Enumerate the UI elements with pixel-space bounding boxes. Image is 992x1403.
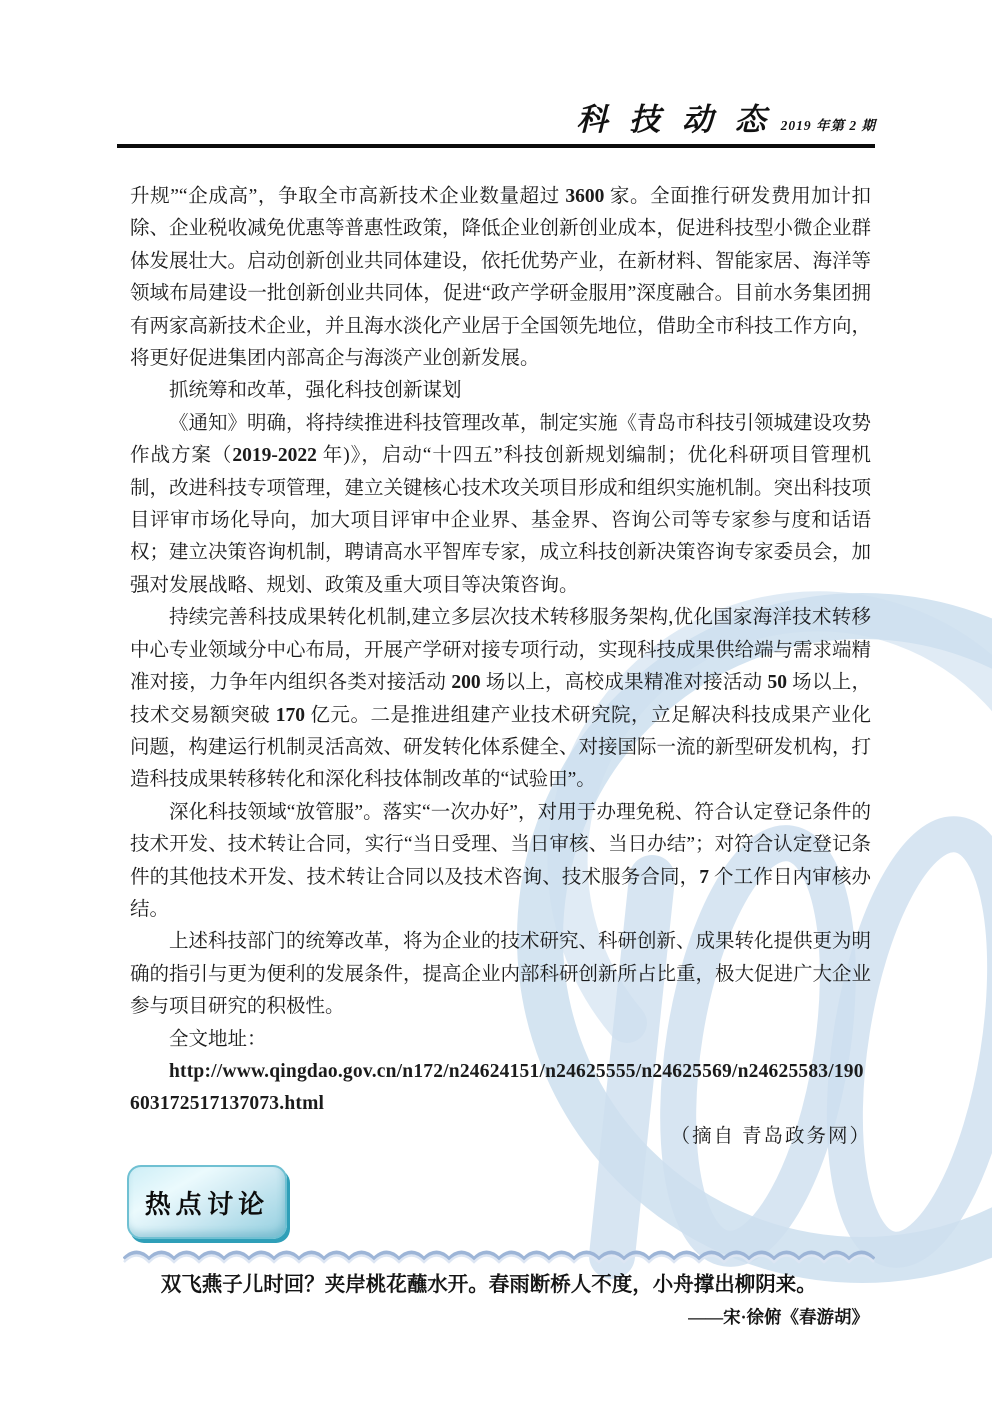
paragraph: 上述科技部门的统筹改革，将为企业的技术研究、科研创新、成果转化提供更为明确的指引… — [130, 926, 871, 1023]
poem-block: 双飞燕子儿时回？夹岸桃花蘸水开。春雨断桥人不度，小舟撑出柳阴来。 ——宋·徐俯《… — [130, 1269, 871, 1333]
article-url[interactable]: http://www.qingdao.gov.cn/n172/n24624151… — [130, 1056, 871, 1121]
newsletter-title: 科 技 动 态 — [576, 102, 772, 137]
paragraph-list: 升规”“企成高”，争取全市高新技术企业数量超过 3600 家。全面推行研发费用加… — [130, 181, 871, 1121]
paragraph: 全文地址： — [130, 1024, 871, 1056]
paragraph: 升规”“企成高”，争取全市高新技术企业数量超过 3600 家。全面推行研发费用加… — [130, 181, 871, 375]
wave-divider — [123, 1248, 875, 1265]
newsletter-page: 科 技 动 态2019 年第 2 期 升规”“企成高”，争取全市高新技术企业数量… — [0, 0, 992, 1403]
poem-line: 双飞燕子儿时回？夹岸桃花蘸水开。春雨断桥人不度，小舟撑出柳阴来。 — [130, 1269, 871, 1302]
issue-number: 2019 年第 2 期 — [781, 118, 876, 133]
header-rule — [117, 144, 875, 148]
paragraph: 深化科技领域“放管服”。落实“一次办好”，对用于办理免税、符合认定登记条件的技术… — [130, 797, 871, 927]
source-credit: （摘自 青岛政务网） — [130, 1121, 871, 1153]
masthead: 科 技 动 态2019 年第 2 期 — [0, 94, 876, 139]
hot-topic-section-badge: 热点讨论 — [127, 1165, 287, 1239]
paragraph: 持续完善科技成果转化机制,建立多层次技术转移服务架构,优化国家海洋技术转移中心专… — [130, 602, 871, 796]
poem-attribution: ——宋·徐俯《春游胡》 — [130, 1302, 871, 1333]
paragraph: 《通知》明确，将持续推进科技管理改革，制定实施《青岛市科技引领城建设攻势作战方案… — [130, 408, 871, 602]
paragraph: 抓统筹和改革，强化科技创新谋划 — [130, 375, 871, 407]
hot-topic-label: 热点讨论 — [144, 1184, 270, 1221]
article-body: 升规”“企成高”，争取全市高新技术企业数量超过 3600 家。全面推行研发费用加… — [130, 181, 871, 1153]
